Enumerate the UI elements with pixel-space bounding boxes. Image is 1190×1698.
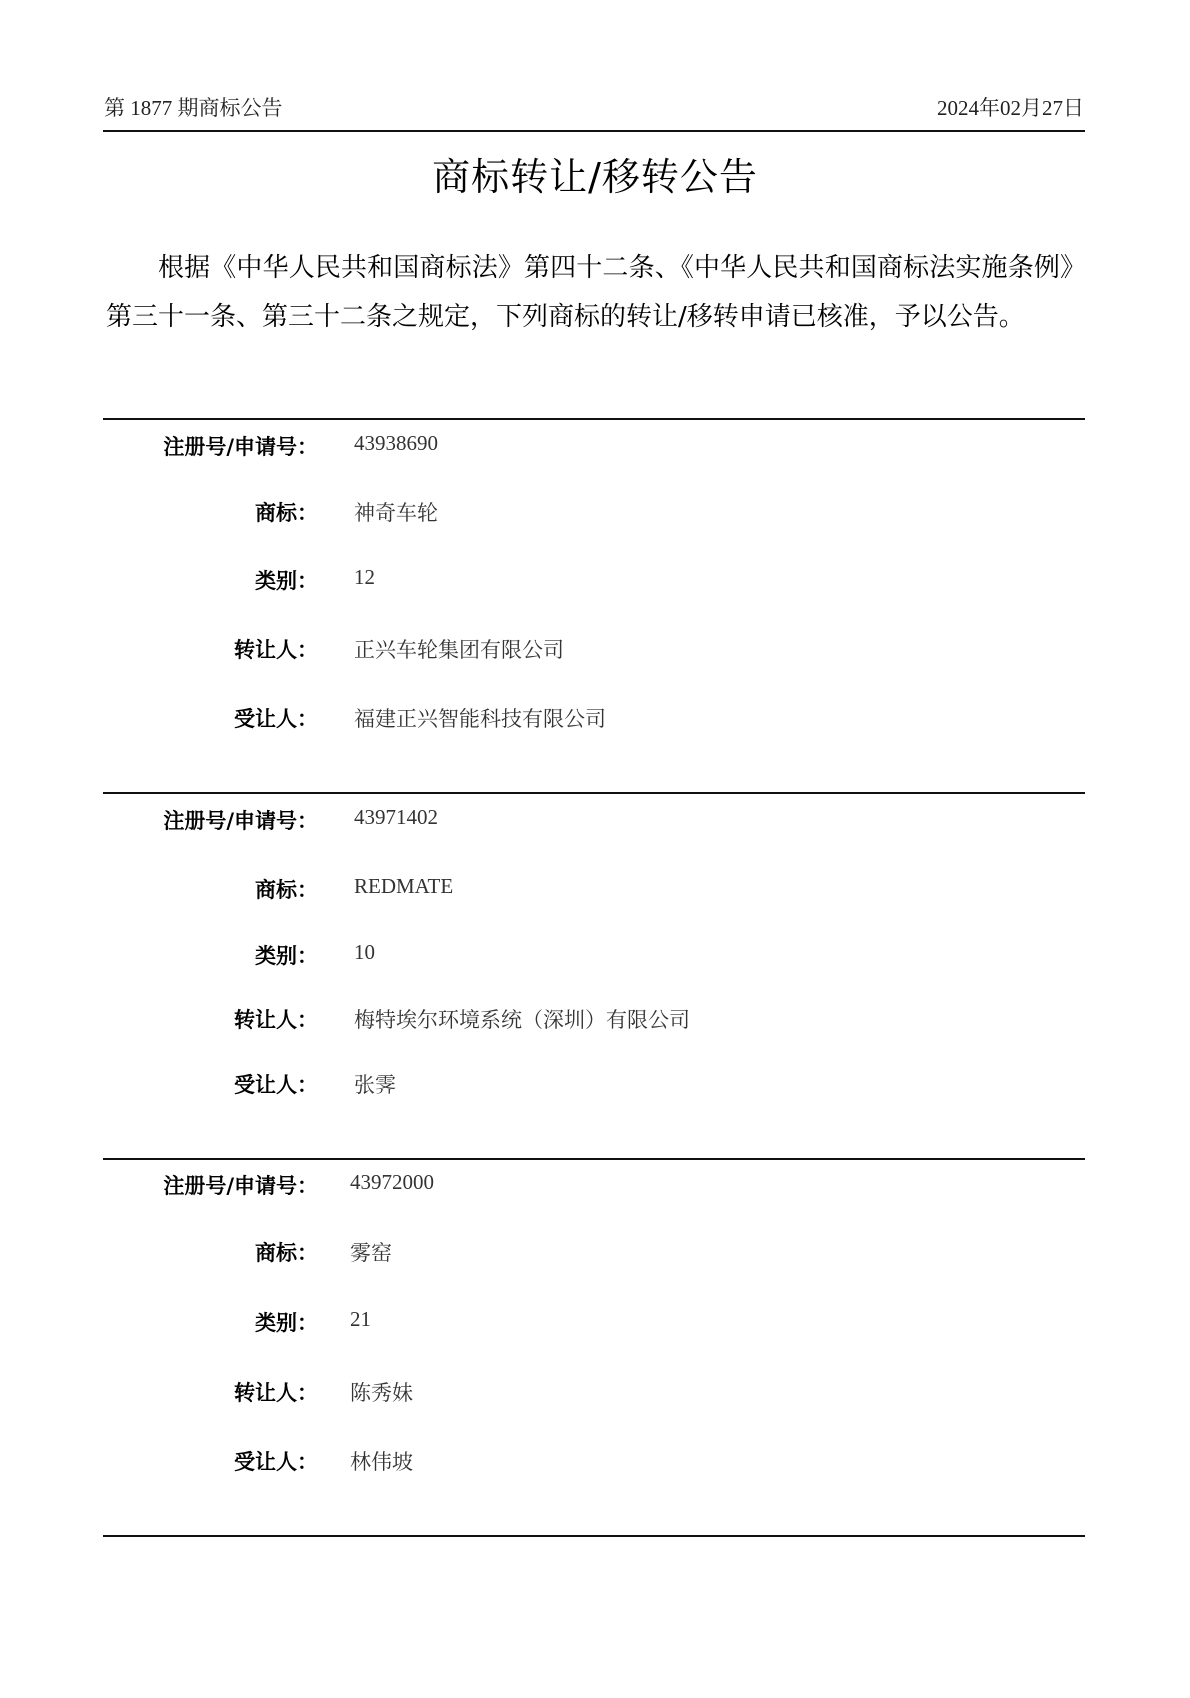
field-label: 受让人： bbox=[234, 1069, 318, 1099]
publication-date: 2024年02月27日 bbox=[937, 92, 1084, 122]
mark-value: REDMATE bbox=[354, 874, 453, 899]
reg-no-value: 43971402 bbox=[354, 805, 438, 830]
page-title: 商标转让/移转公告 bbox=[0, 146, 1190, 201]
field-label: 注册号/申请号： bbox=[163, 431, 318, 461]
issue-number: 第 1877 期商标公告 bbox=[104, 92, 283, 122]
assignee-value: 福建正兴智能科技有限公司 bbox=[354, 703, 606, 733]
field-label: 注册号/申请号： bbox=[163, 1170, 318, 1200]
field-label: 转让人： bbox=[234, 1377, 318, 1407]
assignor-value: 正兴车轮集团有限公司 bbox=[354, 634, 564, 664]
field-label: 注册号/申请号： bbox=[163, 805, 318, 835]
field-reg-no: 注册号/申请号： 43972000 bbox=[0, 1170, 1190, 1200]
assignor-value: 陈秀妹 bbox=[350, 1377, 413, 1407]
field-label: 商标： bbox=[255, 874, 318, 904]
field-label: 转让人： bbox=[234, 634, 318, 664]
entry-divider bbox=[103, 1158, 1085, 1160]
assignee-value: 张霁 bbox=[354, 1069, 396, 1099]
field-mark: 商标： 神奇车轮 bbox=[0, 497, 1190, 527]
field-class: 类别： 10 bbox=[0, 940, 1190, 970]
page-header: 第 1877 期商标公告 2024年02月27日 bbox=[104, 92, 1084, 122]
intro-paragraph: 根据《中华人民共和国商标法》第四十二条、《中华人民共和国商标法实施条例》第三十一… bbox=[106, 244, 1086, 342]
entry-divider bbox=[103, 418, 1085, 420]
header-divider bbox=[103, 130, 1085, 132]
field-class: 类别： 21 bbox=[0, 1307, 1190, 1337]
field-reg-no: 注册号/申请号： 43971402 bbox=[0, 805, 1190, 835]
field-label: 商标： bbox=[255, 1237, 318, 1267]
field-assignor: 转让人： 梅特埃尔环境系统（深圳）有限公司 bbox=[0, 1004, 1190, 1034]
field-label: 类别： bbox=[255, 1307, 318, 1337]
field-label: 受让人： bbox=[234, 703, 318, 733]
field-label: 转让人： bbox=[234, 1004, 318, 1034]
footer-divider bbox=[103, 1535, 1085, 1537]
assignee-value: 林伟坡 bbox=[350, 1446, 413, 1476]
field-assignor: 转让人： 陈秀妹 bbox=[0, 1377, 1190, 1407]
class-value: 10 bbox=[354, 940, 375, 965]
field-assignee: 受让人： 张霁 bbox=[0, 1069, 1190, 1099]
field-reg-no: 注册号/申请号： 43938690 bbox=[0, 431, 1190, 461]
assignor-value: 梅特埃尔环境系统（深圳）有限公司 bbox=[354, 1004, 690, 1034]
class-value: 12 bbox=[354, 565, 375, 590]
mark-value: 神奇车轮 bbox=[354, 497, 438, 527]
field-label: 商标： bbox=[255, 497, 318, 527]
field-assignor: 转让人： 正兴车轮集团有限公司 bbox=[0, 634, 1190, 664]
field-mark: 商标： 雾窑 bbox=[0, 1237, 1190, 1267]
field-label: 受让人： bbox=[234, 1446, 318, 1476]
field-assignee: 受让人： 福建正兴智能科技有限公司 bbox=[0, 703, 1190, 733]
field-label: 类别： bbox=[255, 565, 318, 595]
reg-no-value: 43972000 bbox=[350, 1170, 434, 1195]
field-assignee: 受让人： 林伟坡 bbox=[0, 1446, 1190, 1476]
field-class: 类别： 12 bbox=[0, 565, 1190, 595]
field-mark: 商标： REDMATE bbox=[0, 874, 1190, 904]
class-value: 21 bbox=[350, 1307, 371, 1332]
entry-divider bbox=[103, 792, 1085, 794]
reg-no-value: 43938690 bbox=[354, 431, 438, 456]
field-label: 类别： bbox=[255, 940, 318, 970]
mark-value: 雾窑 bbox=[350, 1237, 392, 1267]
